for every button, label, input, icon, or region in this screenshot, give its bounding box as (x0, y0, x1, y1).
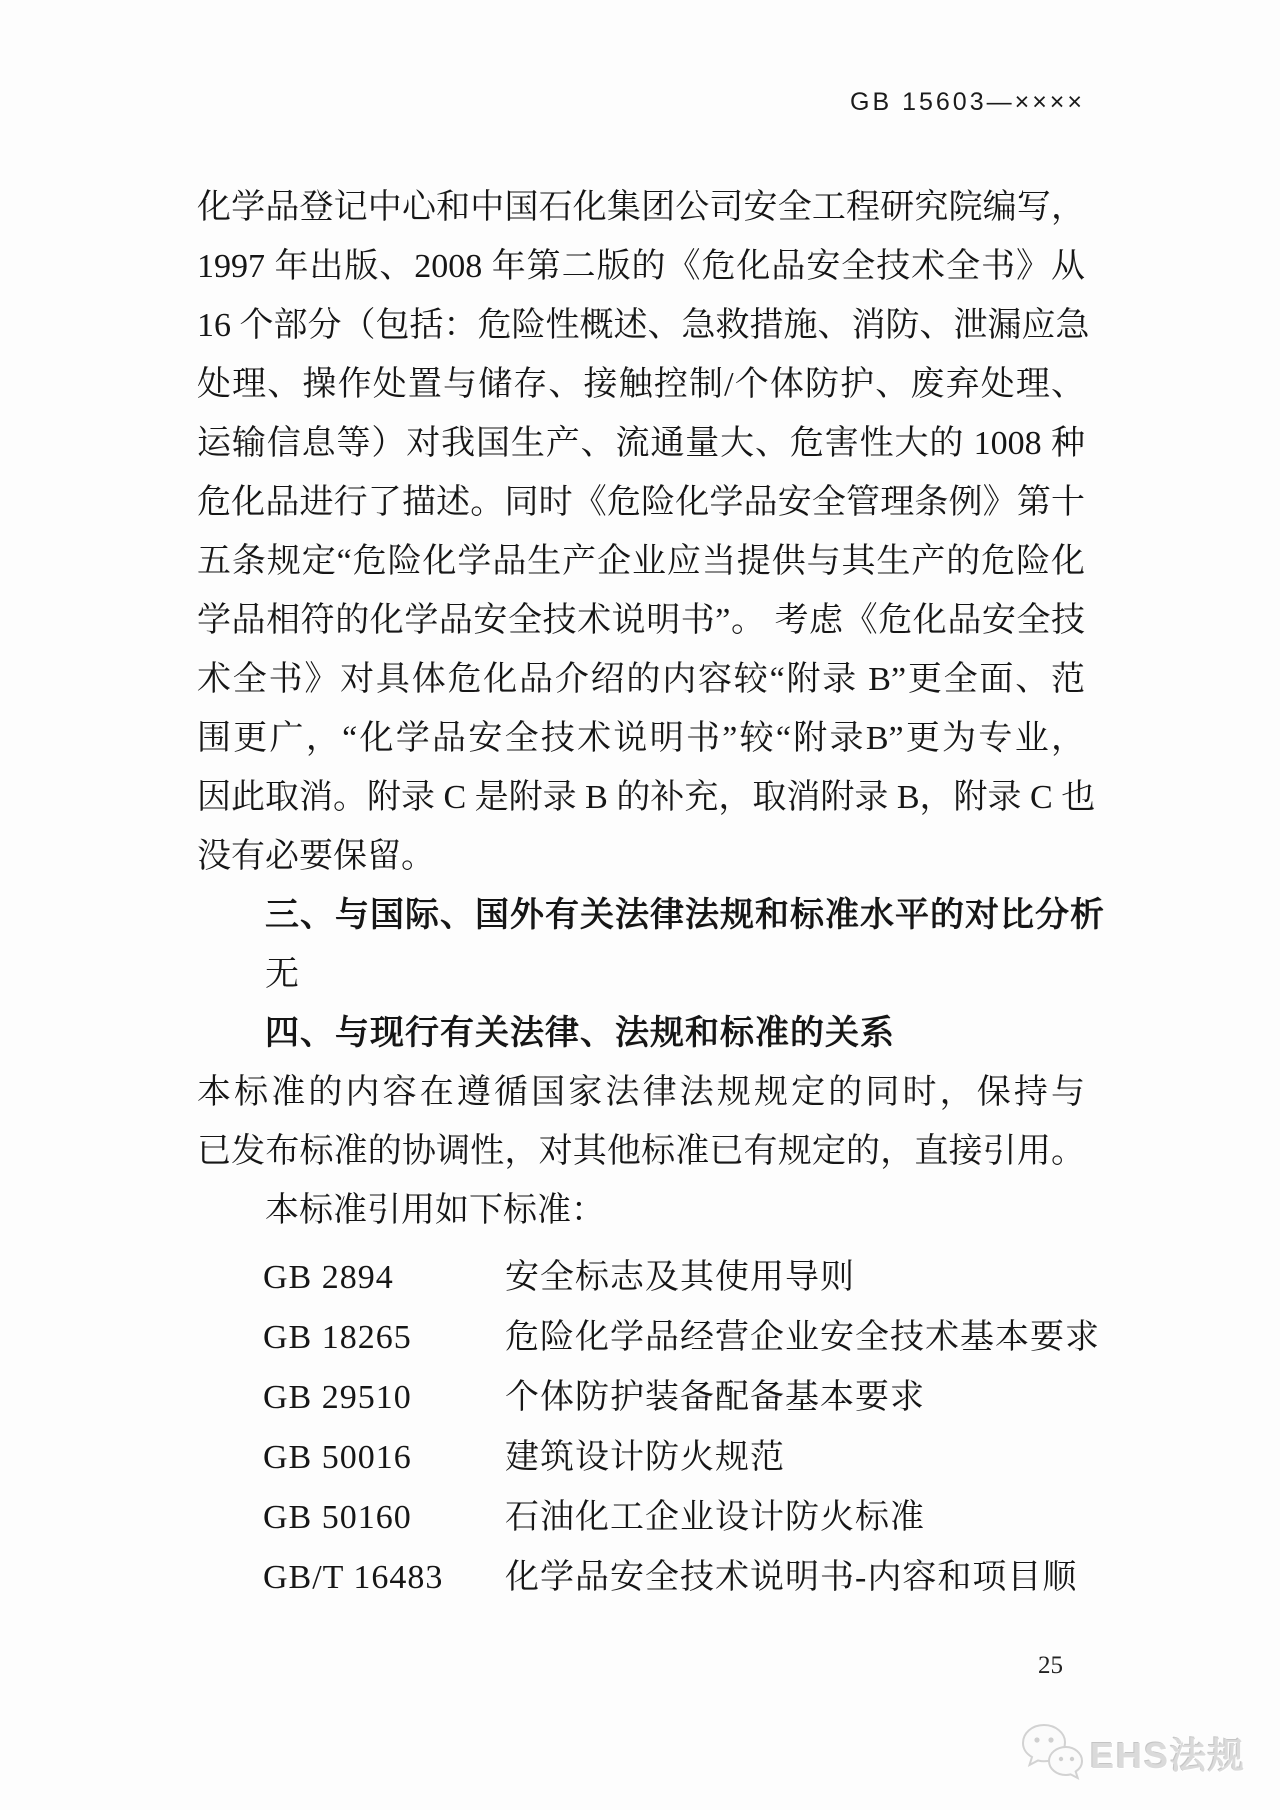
paragraph-line: 本标准的内容在遵循国家法律法规规定的同时，保持与 (197, 1063, 1085, 1122)
paragraph-line: 术全书》对具体危化品介绍的内容较“附录 B”更全面、范 (197, 650, 1085, 709)
standard-title: 安全标志及其使用导则 (505, 1248, 855, 1308)
standard-title: 个体防护装备配备基本要求 (505, 1368, 925, 1428)
paragraph-line: 学品相符的化学品安全技术说明书”。 考虑《危化品安全技 (197, 591, 1085, 650)
paragraph-line: 因此取消。附录 C 是附录 B 的补充，取消附录 B，附录 C 也 (197, 768, 1085, 827)
referenced-standard-row: GB 18265 危险化学品经营企业安全技术基本要求 (197, 1308, 1085, 1368)
references-intro-line: 本标准引用如下标准： (197, 1181, 1085, 1240)
paragraph-line: 危化品进行了描述。同时《危险化学品安全管理条例》第十 (197, 473, 1085, 532)
standard-code: GB 50160 (263, 1488, 505, 1548)
standard-title: 化学品安全技术说明书-内容和项目顺 (505, 1548, 1077, 1608)
referenced-standard-row: GB/T 16483 化学品安全技术说明书-内容和项目顺 (197, 1548, 1085, 1608)
standard-title: 危险化学品经营企业安全技术基本要求 (505, 1308, 1100, 1368)
standard-code: GB 50016 (263, 1428, 505, 1488)
referenced-standard-row: GB 29510 个体防护装备配备基本要求 (197, 1368, 1085, 1428)
standard-code: GB/T 16483 (263, 1548, 505, 1608)
referenced-standard-row: GB 50160 石油化工企业设计防火标准 (197, 1488, 1085, 1548)
section-3-body: 无 (197, 945, 1085, 1004)
referenced-standards-list: GB 2894 安全标志及其使用导则 GB 18265 危险化学品经营企业安全技… (197, 1248, 1085, 1608)
standard-number-header: GB 15603—×××× (850, 88, 1085, 117)
watermark-label: EHS法规 (1090, 1728, 1246, 1779)
referenced-standard-row: GB 2894 安全标志及其使用导则 (197, 1248, 1085, 1308)
paragraph-line: 五条规定“危险化学品生产企业应当提供与其生产的危险化 (197, 532, 1085, 591)
paragraph-line: 运输信息等）对我国生产、流通量大、危害性大的 1008 种 (197, 414, 1085, 473)
paragraph-line: 围更广，“化学品安全技术说明书”较“附录B”更为专业， (197, 709, 1085, 768)
paragraph-line: 化学品登记中心和中国石化集团公司安全工程研究院编写， (197, 178, 1085, 237)
ehs-watermark: EHS法规 (1020, 1722, 1246, 1784)
section-3-heading: 三、与国际、国外有关法律法规和标准水平的对比分析 (197, 886, 1085, 945)
section-4-paragraph: 本标准的内容在遵循国家法律法规规定的同时，保持与 已发布标准的协调性，对其他标准… (197, 1063, 1085, 1181)
paragraph-continuation: 化学品登记中心和中国石化集团公司安全工程研究院编写， 1997 年出版、2008… (197, 178, 1085, 886)
referenced-standard-row: GB 50016 建筑设计防火规范 (197, 1428, 1085, 1488)
standard-title: 石油化工企业设计防火标准 (505, 1488, 925, 1548)
document-page: GB 15603—×××× 化学品登记中心和中国石化集团公司安全工程研究院编写，… (0, 0, 1280, 1810)
paragraph-line: 1997 年出版、2008 年第二版的《危化品安全技术全书》从 (197, 237, 1085, 296)
paragraph-line: 16 个部分（包括：危险性概述、急救措施、消防、泄漏应急 (197, 296, 1085, 355)
document-body: 化学品登记中心和中国石化集团公司安全工程研究院编写， 1997 年出版、2008… (197, 178, 1085, 1608)
paragraph-line: 已发布标准的协调性，对其他标准已有规定的，直接引用。 (197, 1122, 1085, 1181)
paragraph-line: 没有必要保留。 (197, 827, 1085, 886)
page-number: 25 (1038, 1652, 1063, 1680)
standard-title: 建筑设计防火规范 (505, 1428, 785, 1488)
paragraph-line: 处理、操作处置与储存、接触控制/个体防护、废弃处理、 (197, 355, 1085, 414)
standard-code: GB 18265 (263, 1308, 505, 1368)
section-4-heading: 四、与现行有关法律、法规和标准的关系 (197, 1004, 1085, 1063)
standard-code: GB 2894 (263, 1248, 505, 1308)
wechat-chat-bubbles-icon (1020, 1722, 1084, 1784)
standard-code: GB 29510 (263, 1368, 505, 1428)
